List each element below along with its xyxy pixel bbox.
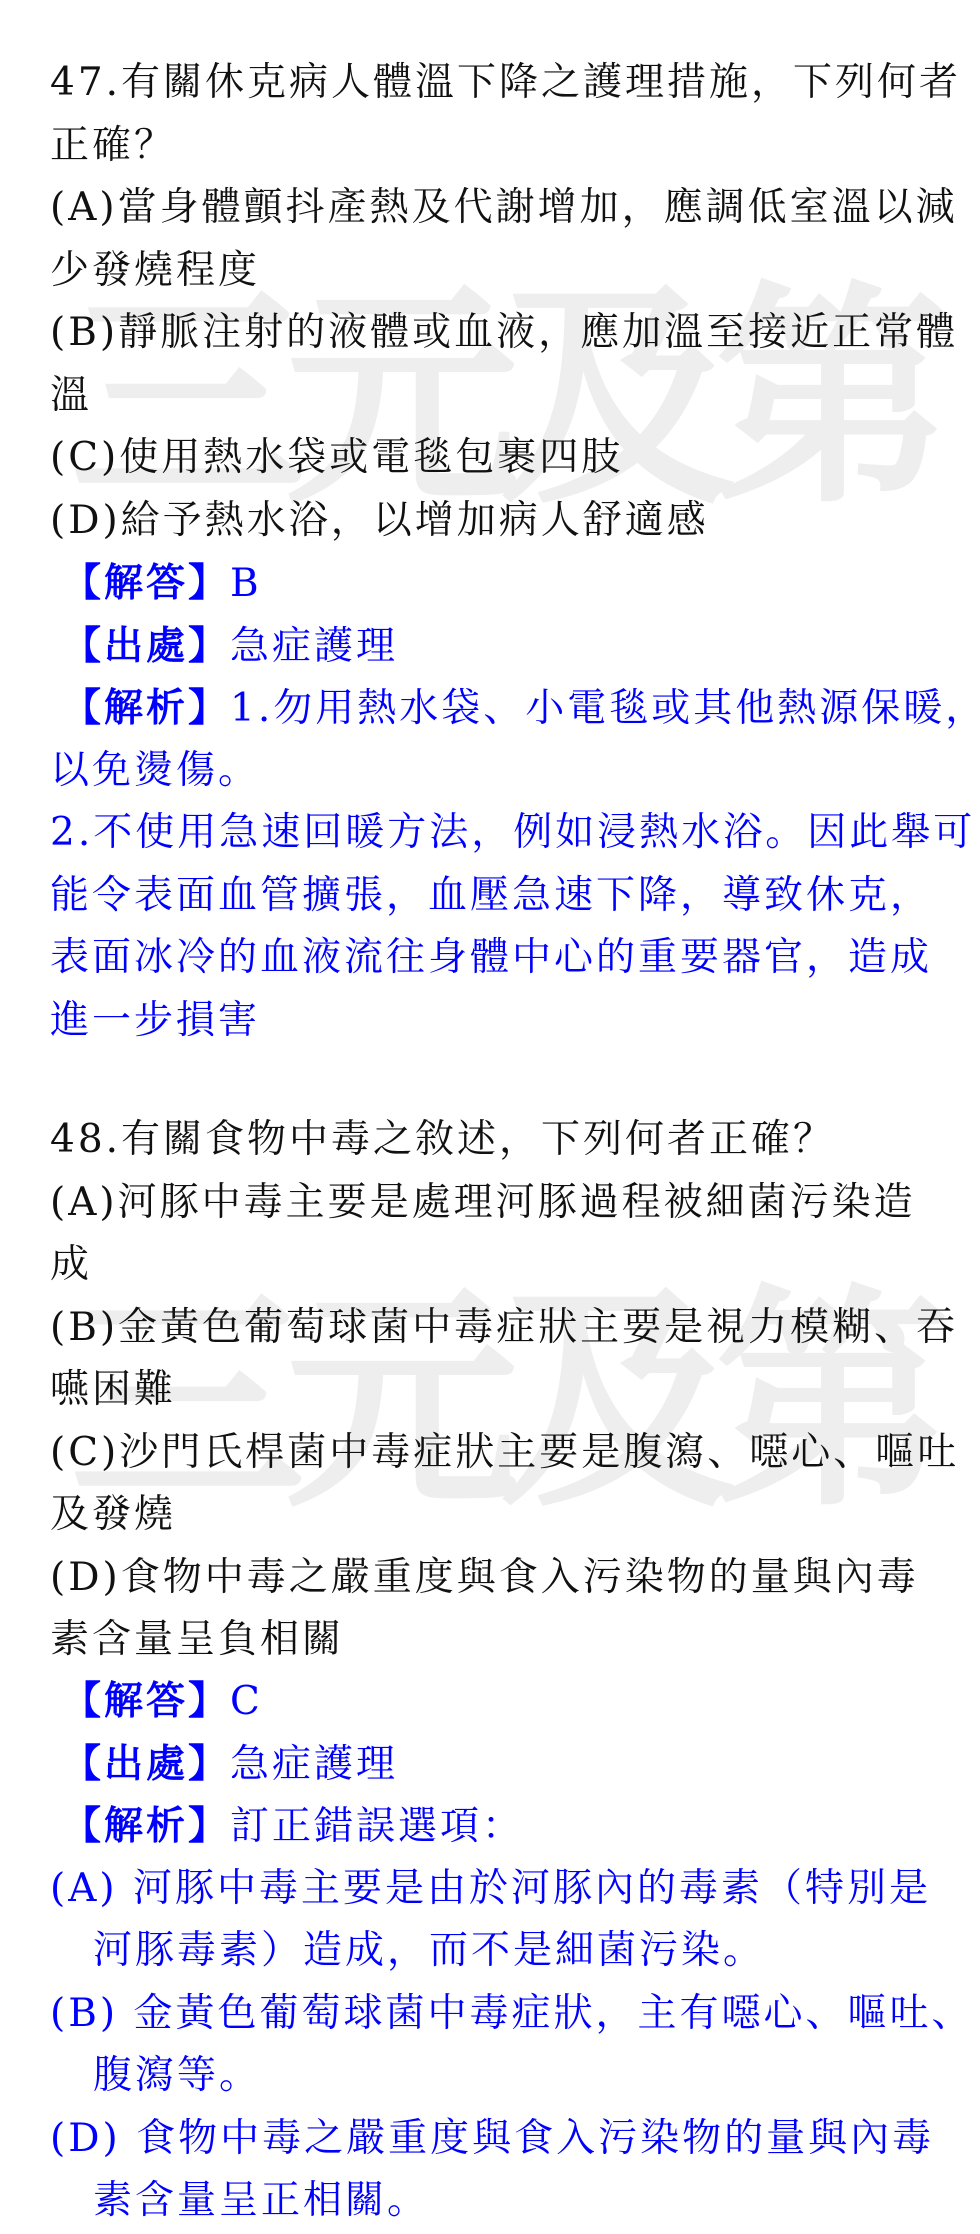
option-text: 成 [50, 1234, 950, 1297]
correction-b: (B) 金黃色葡萄球菌中毒症狀，主有噁心、嘔吐、 腹瀉等。 [50, 1983, 950, 2108]
option-text: (D)給予熱水浴，以增加病人舒適感 [50, 490, 950, 553]
option-c: (C)沙門氏桿菌中毒症狀主要是腹瀉、噁心、嘔吐 及發燒 [50, 1422, 950, 1547]
analysis-text: 以免燙傷。 [50, 740, 950, 803]
answer-label: 【解答】 [62, 560, 230, 606]
answer-section-47: 【解答】B 【出處】急症護理 【解析】1.勿用熱水袋、小電毯或其他熱源保暖， 以… [50, 552, 950, 1052]
analysis-text: 進一步損害 [50, 990, 950, 1053]
source-value: 急症護理 [230, 624, 398, 669]
option-text: (A)當身體顫抖產熱及代謝增加，應調低室溫以減 [50, 177, 950, 240]
option-text: 及發燒 [50, 1484, 950, 1547]
source-label: 【出處】 [62, 623, 230, 669]
option-text: (C)沙門氏桿菌中毒症狀主要是腹瀉、噁心、嘔吐 [50, 1422, 950, 1485]
option-a: (A)當身體顫抖產熱及代謝增加，應調低室溫以減 少發燒程度 [50, 177, 950, 302]
correction-d: (D) 食物中毒之嚴重度與食入污染物的量與內毒 素含量呈正相關。 [50, 2108, 950, 2233]
question-stem: 48.有關食物中毒之敘述，下列何者正確？ [50, 1109, 950, 1172]
option-text: (A)河豚中毒主要是處理河豚過程被細菌污染造 [50, 1172, 950, 1235]
source-value: 急症護理 [230, 1742, 398, 1787]
analysis-line: 【解析】1.勿用熱水袋、小電毯或其他熱源保暖， [50, 677, 950, 740]
correction-text: (D) 食物中毒之嚴重度與食入污染物的量與內毒 [50, 2108, 950, 2171]
analysis-label: 【解析】 [62, 685, 230, 731]
option-a: (A)河豚中毒主要是處理河豚過程被細菌污染造 成 [50, 1172, 950, 1297]
correction-text: 河豚毒素）造成，而不是細菌污染。 [50, 1920, 950, 1983]
source-line: 【出處】急症護理 [50, 615, 950, 678]
answer-line: 【解答】B [50, 552, 950, 615]
analysis-text: 1.勿用熱水袋、小電毯或其他熱源保暖， [230, 686, 980, 731]
answer-value: C [230, 1679, 263, 1724]
option-text: (B)金黃色葡萄球菌中毒症狀主要是視力模糊、吞 [50, 1297, 950, 1360]
correction-text: 素含量呈正相關。 [50, 2170, 950, 2233]
option-text: 嚥困難 [50, 1359, 950, 1422]
answer-label: 【解答】 [62, 1678, 230, 1724]
analysis-label: 【解析】 [62, 1803, 230, 1849]
answer-value: B [230, 561, 262, 606]
correction-text: (A) 河豚中毒主要是由於河豚內的毒素（特別是 [50, 1858, 950, 1921]
option-b: (B)金黃色葡萄球菌中毒症狀主要是視力模糊、吞 嚥困難 [50, 1297, 950, 1422]
question-47: 47.有關休克病人體溫下降之護理措施，下列何者 正確？ (A)當身體顫抖產熱及代… [50, 52, 950, 552]
option-text: (D)食物中毒之嚴重度與食入污染物的量與內毒 [50, 1547, 950, 1610]
analysis-intro: 訂正錯誤選項： [230, 1804, 524, 1849]
correction-text: (B) 金黃色葡萄球菌中毒症狀，主有噁心、嘔吐、 [50, 1983, 950, 2046]
question-48: 48.有關食物中毒之敘述，下列何者正確？ (A)河豚中毒主要是處理河豚過程被細菌… [50, 1109, 950, 1672]
option-text: 溫 [50, 365, 950, 428]
source-line: 【出處】急症護理 [50, 1733, 950, 1796]
source-label: 【出處】 [62, 1741, 230, 1787]
option-text: (B)靜脈注射的液體或血液，應加溫至接近正常體 [50, 302, 950, 365]
correction-a: (A) 河豚中毒主要是由於河豚內的毒素（特別是 河豚毒素）造成，而不是細菌污染。 [50, 1858, 950, 1983]
option-d: (D)食物中毒之嚴重度與食入污染物的量與內毒 素含量呈負相關 [50, 1547, 950, 1672]
question-stem: 正確？ [50, 115, 950, 178]
answer-line: 【解答】C [50, 1670, 950, 1733]
analysis-text: 表面冰冷的血液流往身體中心的重要器官，造成 [50, 927, 950, 990]
answer-section-48: 【解答】C 【出處】急症護理 【解析】訂正錯誤選項： (A) 河豚中毒主要是由於… [50, 1670, 950, 2233]
option-text: 少發燒程度 [50, 240, 950, 303]
correction-text: 腹瀉等。 [50, 2045, 950, 2108]
analysis-text: 2.不使用急速回暖方法，例如浸熱水浴。因此舉可 [50, 802, 950, 865]
option-text: 素含量呈負相關 [50, 1609, 950, 1672]
option-c: (C)使用熱水袋或電毯包裹四肢 [50, 427, 950, 490]
question-stem: 47.有關休克病人體溫下降之護理措施，下列何者 [50, 52, 950, 115]
option-d: (D)給予熱水浴，以增加病人舒適感 [50, 490, 950, 553]
option-text: (C)使用熱水袋或電毯包裹四肢 [50, 427, 950, 490]
option-b: (B)靜脈注射的液體或血液，應加溫至接近正常體 溫 [50, 302, 950, 427]
analysis-line: 【解析】訂正錯誤選項： [50, 1795, 950, 1858]
analysis-text: 能令表面血管擴張，血壓急速下降，導致休克， [50, 865, 950, 928]
